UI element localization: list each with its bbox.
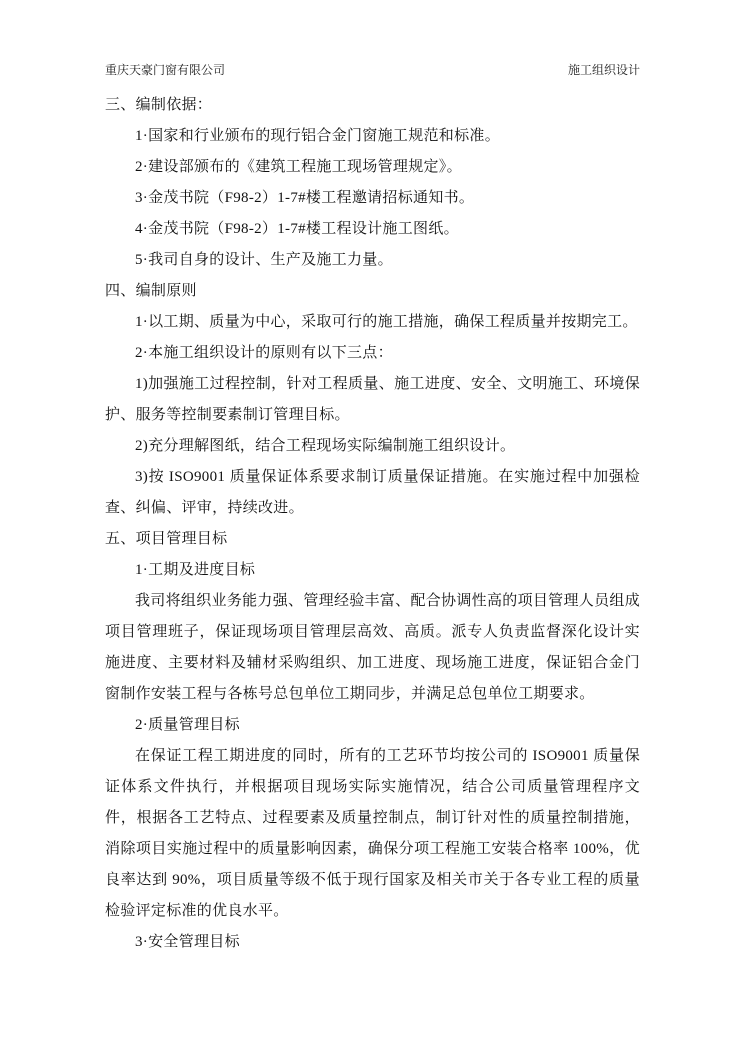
- paragraph: 2·质量管理目标: [105, 710, 640, 741]
- paragraph: 2)充分理解图纸，结合工程现场实际编制施工组织设计。: [105, 431, 640, 462]
- paragraph: 2·本施工组织设计的原则有以下三点：: [105, 338, 640, 369]
- document-body: 三、编制依据：1·国家和行业颁布的现行铝合金门窗施工规范和标准。2·建设部颁布的…: [105, 90, 640, 958]
- paragraph: 1)加强施工过程控制，针对工程质量、施工进度、安全、文明施工、环境保护、服务等控…: [105, 369, 640, 431]
- paragraph: 5·我司自身的设计、生产及施工力量。: [105, 245, 640, 276]
- section-heading: 三、编制依据：: [105, 90, 640, 121]
- document-page: 重庆天豪门窗有限公司 施工组织设计 三、编制依据：1·国家和行业颁布的现行铝合金…: [0, 0, 744, 1052]
- header-doc-title: 施工组织设计: [568, 62, 640, 78]
- paragraph: 我司将组织业务能力强、管理经验丰富、配合协调性高的项目管理人员组成项目管理班子，…: [105, 586, 640, 710]
- paragraph: 3)按 ISO9001 质量保证体系要求制订质量保证措施。在实施过程中加强检查、…: [105, 462, 640, 524]
- paragraph: 1·以工期、质量为中心，采取可行的施工措施，确保工程质量并按期完工。: [105, 307, 640, 338]
- paragraph: 1·工期及进度目标: [105, 555, 640, 586]
- paragraph: 3·金茂书院（F98-2）1-7#楼工程邀请招标通知书。: [105, 183, 640, 214]
- paragraph: 4·金茂书院（F98-2）1-7#楼工程设计施工图纸。: [105, 214, 640, 245]
- paragraph: 在保证工程工期进度的同时，所有的工艺环节均按公司的 ISO9001 质量保证体系…: [105, 741, 640, 927]
- paragraph: 2·建设部颁布的《建筑工程施工现场管理规定》。: [105, 152, 640, 183]
- section-heading: 五、项目管理目标: [105, 524, 640, 555]
- page-header: 重庆天豪门窗有限公司 施工组织设计: [105, 62, 640, 78]
- paragraph: 3·安全管理目标: [105, 927, 640, 958]
- section-heading: 四、编制原则: [105, 276, 640, 307]
- paragraph: 1·国家和行业颁布的现行铝合金门窗施工规范和标准。: [105, 121, 640, 152]
- header-company-name: 重庆天豪门窗有限公司: [105, 62, 225, 78]
